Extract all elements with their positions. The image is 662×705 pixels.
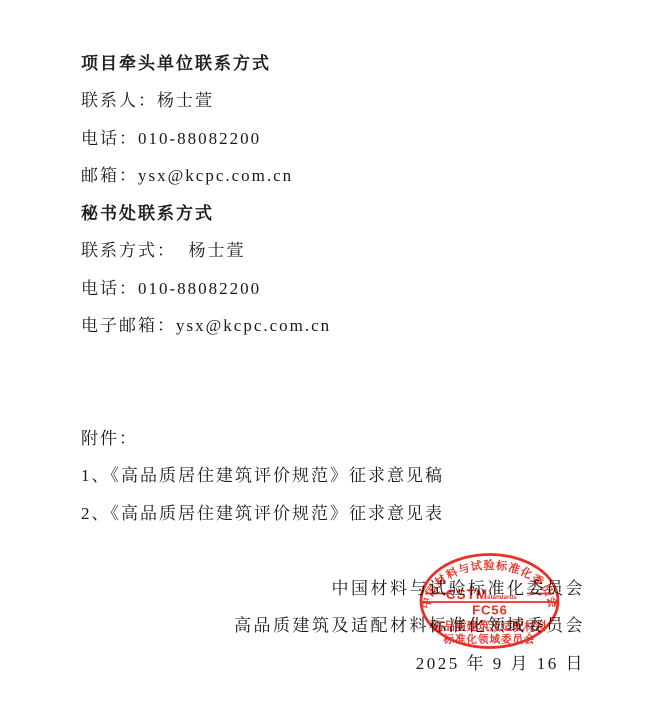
document-page: 项目牵头单位联系方式 联系人：杨士萱 电话：010-88082200 邮箱：ys… — [0, 0, 662, 705]
signature-date: 2025 年 9 月 16 日 — [416, 653, 585, 675]
attachment-item-1: 1、《高品质居住建筑评价规范》征求意见稿 — [81, 465, 444, 487]
secretariat-section-title: 秘书处联系方式 — [81, 203, 214, 225]
stamp-standards-label: standards — [487, 594, 517, 601]
stamp-cstm-wordmark: CSTM — [446, 587, 488, 602]
attachment-item-2: 2、《高品质居住建筑评价规范》征求意见表 — [81, 503, 444, 525]
attachments-label: 附件： — [81, 428, 138, 450]
official-seal-stamp: 中国材料与试验标准化委员会 CSTM standards FC56 高品质建筑及… — [418, 551, 561, 651]
stamp-bottom-line-1: 高品质建筑及适配材料 — [432, 619, 547, 633]
lead-contact-line: 联系人：杨士萱 — [81, 90, 214, 112]
lead-section-title: 项目牵头单位联系方式 — [81, 53, 271, 75]
secretariat-phone-line: 电话：010-88082200 — [81, 278, 261, 300]
stamp-fc56-code: FC56 — [472, 603, 508, 618]
secretariat-contact-line: 联系方式： 杨士萱 — [81, 240, 246, 262]
lead-email-line: 邮箱：ysx@kcpc.com.cn — [81, 165, 293, 187]
lead-phone-line: 电话：010-88082200 — [81, 128, 261, 150]
stamp-bottom-line-2: 标准化领域委员会 — [443, 633, 536, 646]
secretariat-email-line: 电子邮箱：ysx@kcpc.com.cn — [81, 315, 331, 337]
